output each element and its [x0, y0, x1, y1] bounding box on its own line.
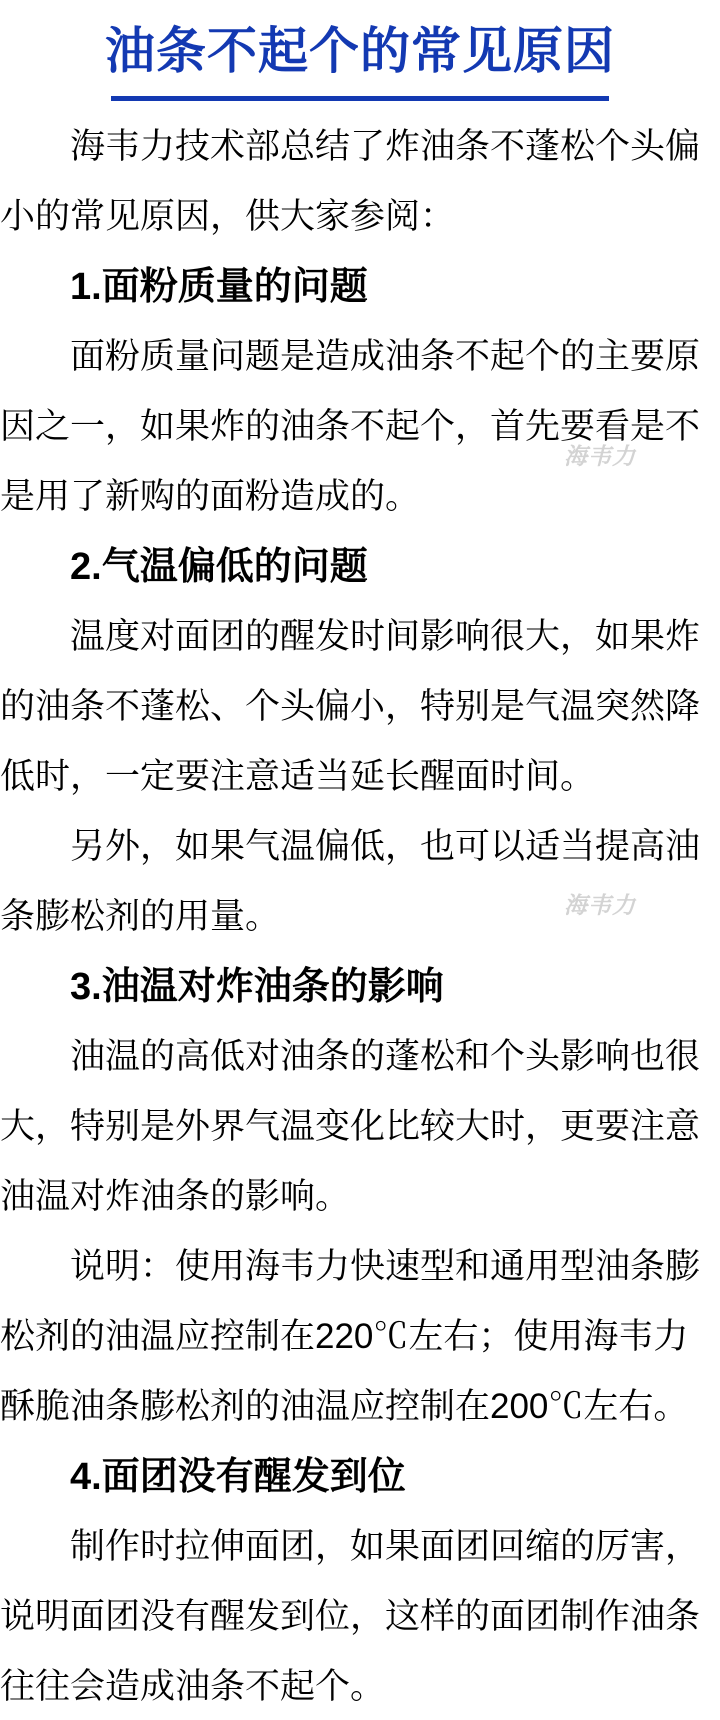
- article-line: 说明面团没有醒发到位，这样的面团制作油条: [0, 1582, 720, 1652]
- section-heading-3: 3.油温对炸油条的影响: [0, 952, 720, 1022]
- article-line: 条膨松剂的用量。: [0, 882, 720, 952]
- article-line: 说明：使用海韦力快速型和通用型油条膨: [0, 1232, 720, 1302]
- article-line: 的油条不蓬松、个头偏小，特别是气温突然降: [0, 672, 720, 742]
- article-line: 是用了新购的面粉造成的。: [0, 462, 720, 532]
- article-line: 小的常见原因，供大家参阅：: [0, 182, 720, 252]
- section-heading-1: 1.面粉质量的问题: [0, 252, 720, 322]
- article-line: 往往会造成油条不起个。: [0, 1652, 720, 1720]
- article-line: 松剂的油温应控制在220℃左右；使用海韦力: [0, 1302, 720, 1372]
- article-body: 海韦力技术部总结了炸油条不蓬松个头偏 小的常见原因，供大家参阅： 1.面粉质量的…: [0, 112, 720, 1720]
- section-heading-4: 4.面团没有醒发到位: [0, 1442, 720, 1512]
- title-underline: [111, 96, 609, 101]
- article-line: 面粉质量问题是造成油条不起个的主要原: [0, 322, 720, 392]
- article-line: 酥脆油条膨松剂的油温应控制在200℃左右。: [0, 1372, 720, 1442]
- article-line: 低时，一定要注意适当延长醒面时间。: [0, 742, 720, 812]
- section-heading-2: 2.气温偏低的问题: [0, 532, 720, 602]
- article-line: 大，特别是外界气温变化比较大时，更要注意: [0, 1092, 720, 1162]
- article-line: 因之一，如果炸的油条不起个，首先要看是不: [0, 392, 720, 462]
- article-line: 海韦力技术部总结了炸油条不蓬松个头偏: [0, 112, 720, 182]
- article-line: 油温的高低对油条的蓬松和个头影响也很: [0, 1022, 720, 1092]
- article-line: 温度对面团的醒发时间影响很大，如果炸: [0, 602, 720, 672]
- article-line: 油温对炸油条的影响。: [0, 1162, 720, 1232]
- article-line: 另外，如果气温偏低，也可以适当提高油: [0, 812, 720, 882]
- article-line: 制作时拉伸面团，如果面团回缩的厉害，: [0, 1512, 720, 1582]
- article-page: 油条不起个的常见原因 海韦力技术部总结了炸油条不蓬松个头偏 小的常见原因，供大家…: [0, 0, 720, 1720]
- page-title: 油条不起个的常见原因: [0, 0, 720, 82]
